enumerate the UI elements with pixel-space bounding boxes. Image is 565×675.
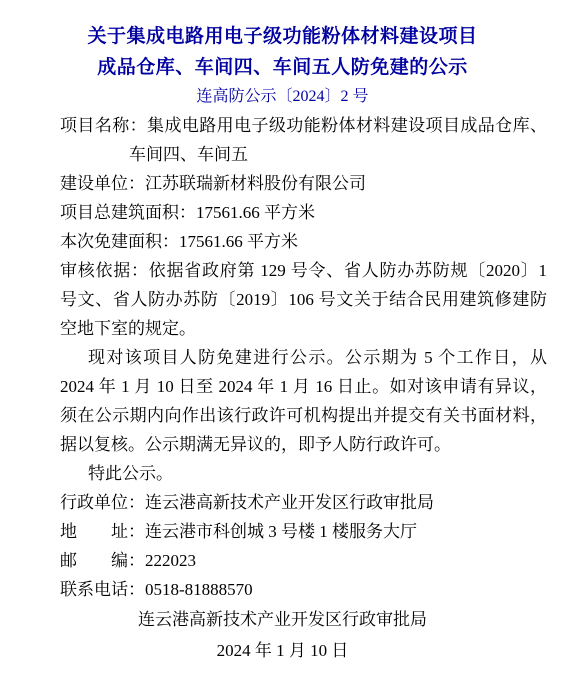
- exempted-area-field: 本次免建面积：17561.66 平方米: [60, 227, 547, 256]
- notice-page: 关于集成电路用电子级功能粉体材料建设项目 成品仓库、车间四、车间五人防免建的公示…: [0, 0, 565, 675]
- admin-unit-field: 行政单位：连云港高新技术产业开发区行政审批局: [60, 488, 547, 517]
- announcement-paragraph: 现对该项目人防免建进行公示。公示期为 5 个工作日，从 2024 年 1 月 1…: [60, 343, 547, 459]
- phone-field: 联系电话：0518-81888570: [60, 575, 547, 604]
- review-basis-field: 审核依据：依据省政府第 129 号令、省人防办苏防规〔2020〕1 号文、省人防…: [60, 256, 547, 343]
- closing-line: 特此公示。: [60, 459, 547, 488]
- notice-body: 项目名称：集成电路用电子级功能粉体材料建设项目成品仓库、车间四、车间五 建设单位…: [60, 111, 547, 604]
- document-number: 连高防公示〔2024〕2 号: [0, 83, 565, 111]
- construction-unit-field: 建设单位：江苏联瑞新材料股份有限公司: [60, 169, 547, 198]
- notice-header: 关于集成电路用电子级功能粉体材料建设项目 成品仓库、车间四、车间五人防免建的公示…: [0, 0, 565, 111]
- total-building-area-field: 项目总建筑面积：17561.66 平方米: [60, 198, 547, 227]
- notice-title-line1: 关于集成电路用电子级功能粉体材料建设项目: [0, 21, 565, 52]
- postal-code-field: 邮 编：222023: [60, 546, 547, 575]
- signature-org: 连云港高新技术产业开发区行政审批局: [0, 604, 565, 635]
- project-name-field: 项目名称：集成电路用电子级功能粉体材料建设项目成品仓库、车间四、车间五: [60, 111, 547, 169]
- signature-date: 2024 年 1 月 10 日: [0, 635, 565, 666]
- notice-title-line2: 成品仓库、车间四、车间五人防免建的公示: [0, 52, 565, 83]
- signature-block: 连云港高新技术产业开发区行政审批局 2024 年 1 月 10 日: [0, 604, 565, 666]
- address-field: 地 址：连云港市科创城 3 号楼 1 楼服务大厅: [60, 517, 547, 546]
